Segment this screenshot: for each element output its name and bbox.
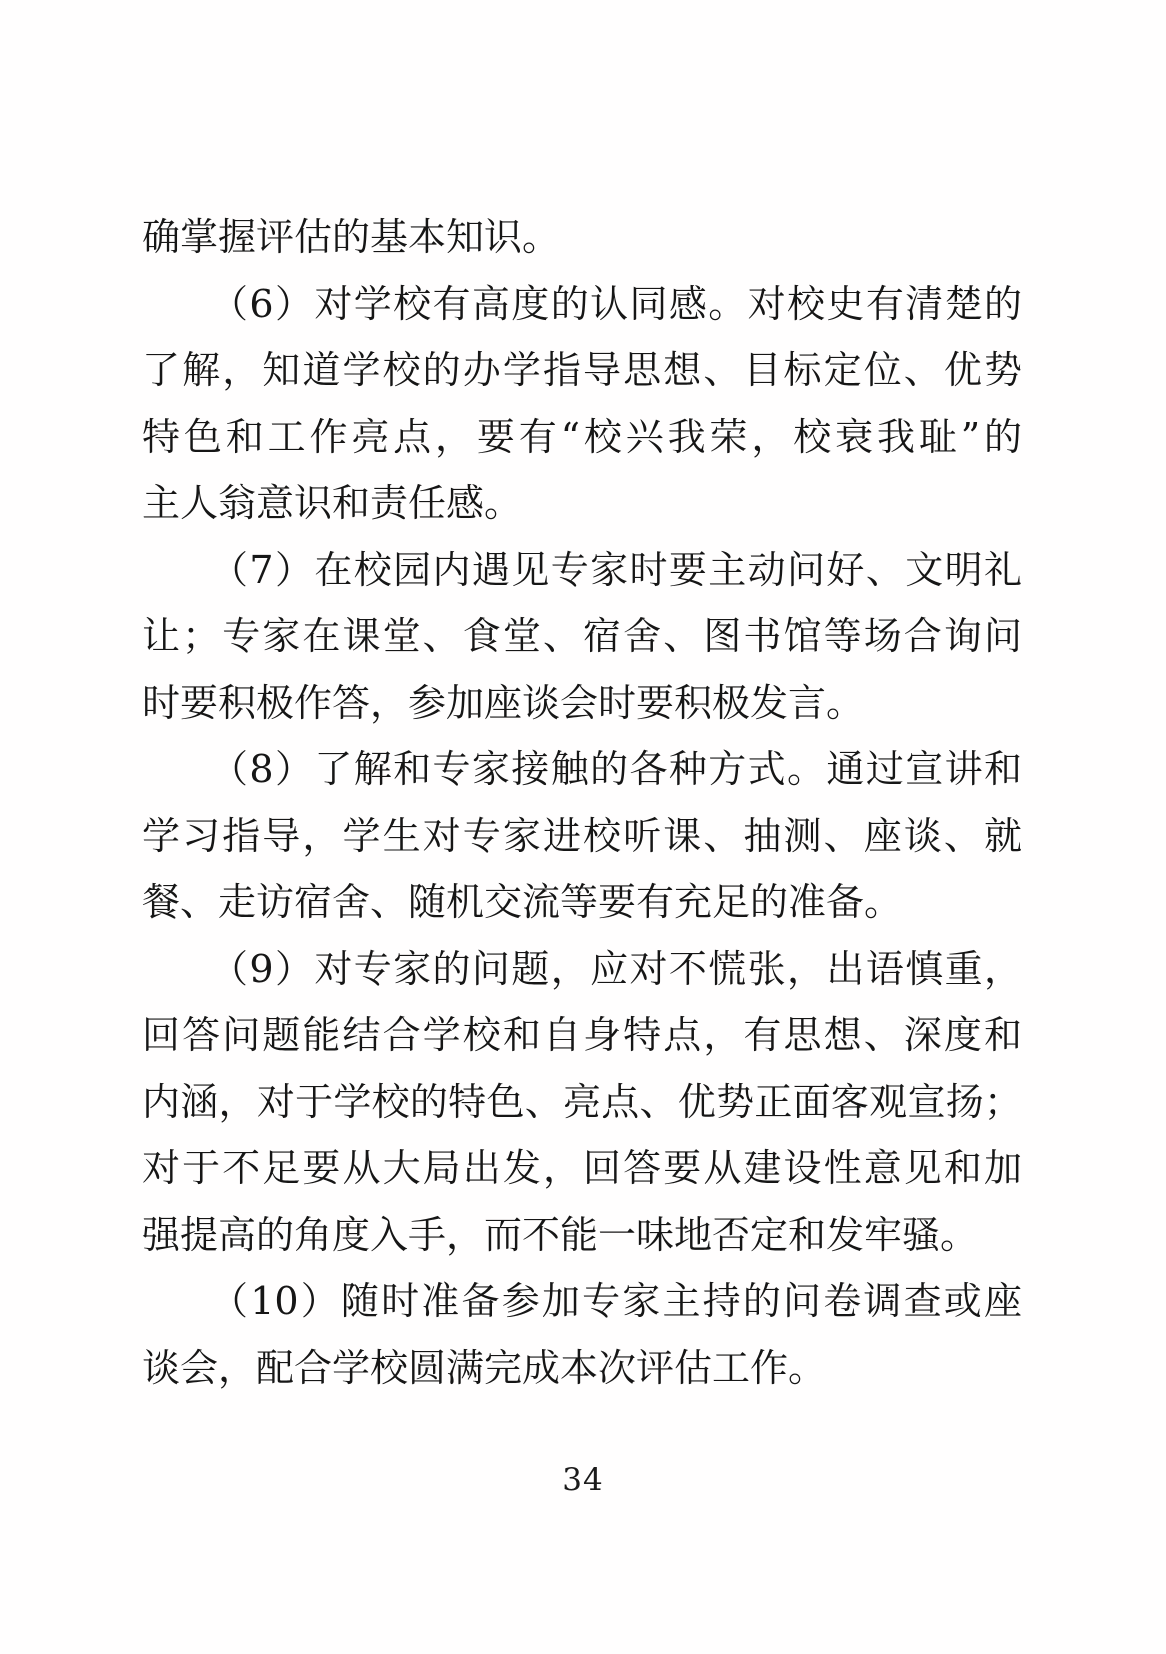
text-line: 餐、走访宿舍、随机交流等要有充足的准备。	[142, 869, 1022, 936]
text-line: （7）在校园内遇见专家时要主动问好、文明礼	[142, 537, 1022, 604]
document-text-block: 确掌握评估的基本知识。 （6）对学校有高度的认同感。对校史有清楚的 了解，知道学…	[142, 204, 1022, 1401]
text-line: 确掌握评估的基本知识。	[142, 204, 1022, 271]
text-line: 谈会，配合学校圆满完成本次评估工作。	[142, 1335, 1022, 1402]
paragraph-continuation: 确掌握评估的基本知识。	[142, 204, 1022, 271]
paragraph-item-9: （9）对专家的问题，应对不慌张，出语慎重， 回答问题能结合学校和自身特点，有思想…	[142, 936, 1022, 1269]
text-line: 强提高的角度入手，而不能一味地否定和发牢骚。	[142, 1202, 1022, 1269]
text-line: 时要积极作答，参加座谈会时要积极发言。	[142, 670, 1022, 737]
paragraph-item-10: （10）随时准备参加专家主持的问卷调查或座 谈会，配合学校圆满完成本次评估工作。	[142, 1268, 1022, 1401]
text-line: 主人翁意识和责任感。	[142, 470, 1022, 537]
text-line: 让；专家在课堂、食堂、宿舍、图书馆等场合询问	[142, 603, 1022, 670]
text-line: 回答问题能结合学校和自身特点，有思想、深度和	[142, 1002, 1022, 1069]
paragraph-item-6: （6）对学校有高度的认同感。对校史有清楚的 了解，知道学校的办学指导思想、目标定…	[142, 271, 1022, 537]
text-line: 对于不足要从大局出发，回答要从建设性意见和加	[142, 1135, 1022, 1202]
document-page: 确掌握评估的基本知识。 （6）对学校有高度的认同感。对校史有清楚的 了解，知道学…	[0, 0, 1166, 1654]
text-line: 特色和工作亮点，要有“校兴我荣，校衰我耻”的	[142, 404, 1022, 471]
text-line: （9）对专家的问题，应对不慌张，出语慎重，	[142, 936, 1022, 1003]
paragraph-item-8: （8）了解和专家接触的各种方式。通过宣讲和 学习指导，学生对专家进校听课、抽测、…	[142, 736, 1022, 936]
text-line: 了解，知道学校的办学指导思想、目标定位、优势	[142, 337, 1022, 404]
paragraph-item-7: （7）在校园内遇见专家时要主动问好、文明礼 让；专家在课堂、食堂、宿舍、图书馆等…	[142, 537, 1022, 737]
text-line: 内涵，对于学校的特色、亮点、优势正面客观宣扬；	[142, 1069, 1022, 1136]
text-line: （10）随时准备参加专家主持的问卷调查或座	[142, 1268, 1022, 1335]
page-number: 34	[0, 1462, 1166, 1498]
text-line: （8）了解和专家接触的各种方式。通过宣讲和	[142, 736, 1022, 803]
text-line: 学习指导，学生对专家进校听课、抽测、座谈、就	[142, 803, 1022, 870]
text-line: （6）对学校有高度的认同感。对校史有清楚的	[142, 271, 1022, 338]
